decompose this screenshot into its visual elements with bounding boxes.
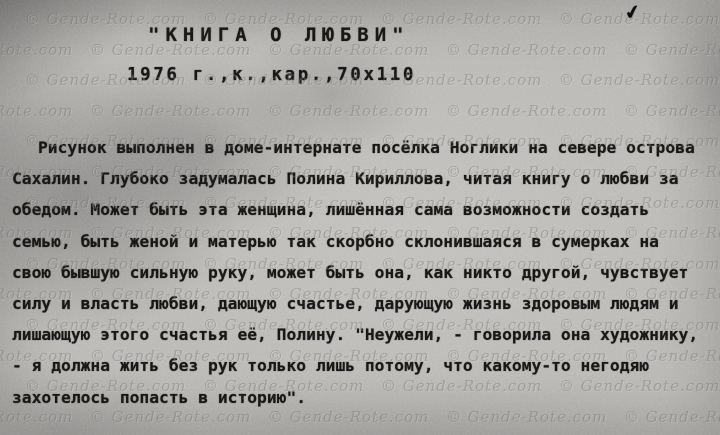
body-line: силу и власть любви, дающую счастье, дар… bbox=[12, 288, 718, 319]
body-line: семью, быть женой и матерью так скорбно … bbox=[12, 226, 718, 257]
document-title: "КНИГА О ЛЮБВИ" bbox=[148, 24, 410, 46]
body-line: лишающую этого счастья её, Полину. "Неуж… bbox=[12, 319, 718, 350]
body-line: Сахалин. Глубоко задумалась Полина Кирил… bbox=[12, 163, 718, 194]
body-line: - я должна жить без рук только лишь пото… bbox=[12, 350, 718, 381]
body-text: Рисунок выполнен в доме-интернате посёлк… bbox=[12, 132, 718, 413]
body-line: Рисунок выполнен в доме-интернате посёлк… bbox=[12, 132, 718, 163]
body-line: свою бывшую сильную руку, может быть она… bbox=[12, 257, 718, 288]
scanned-document: "КНИГА О ЛЮБВИ" 1976 г.,к.,кар.,70х110 Р… bbox=[0, 0, 720, 435]
body-line: обедом. Может быть эта женщина, лишённая… bbox=[12, 194, 718, 225]
body-line: захотелось попасть в историю". bbox=[12, 382, 718, 413]
document-subtitle: 1976 г.,к.,кар.,70х110 bbox=[127, 65, 416, 85]
typewritten-layer: "КНИГА О ЛЮБВИ" 1976 г.,к.,кар.,70х110 Р… bbox=[0, 0, 720, 435]
